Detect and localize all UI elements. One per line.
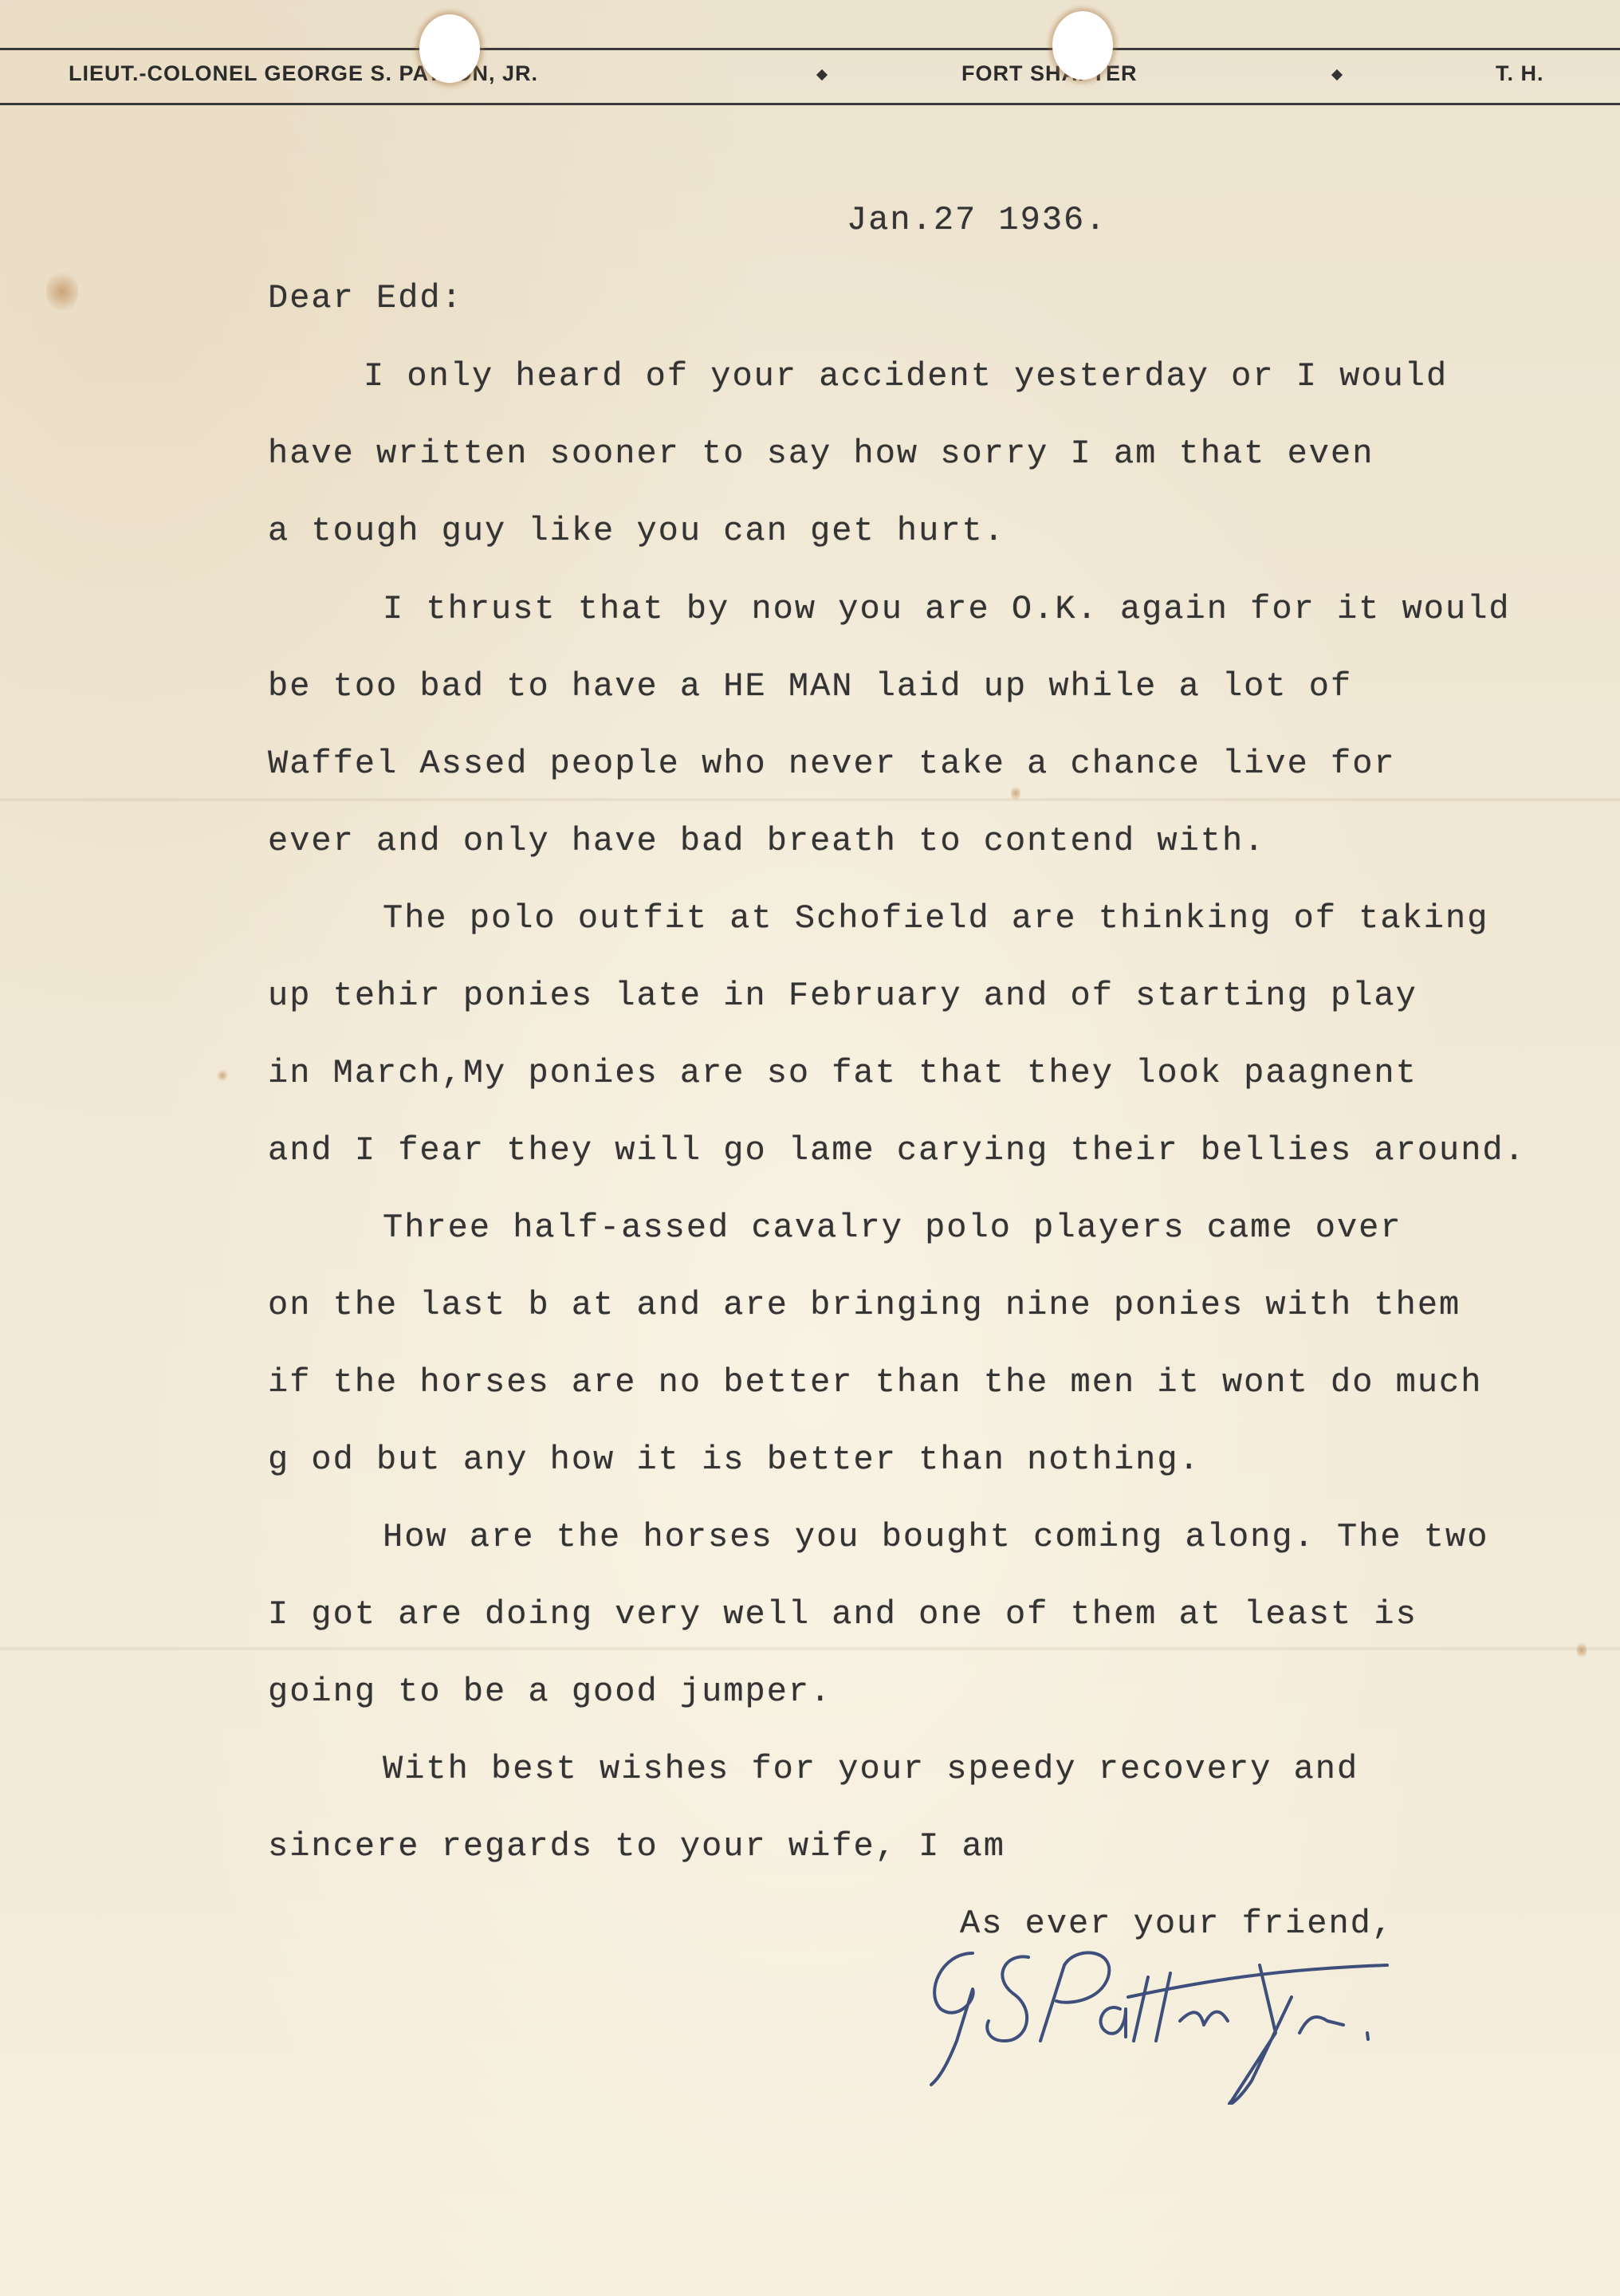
letter-line: have written sooner to say how sorry I a… — [268, 434, 1374, 473]
letter-salutation: Dear Edd: — [268, 279, 463, 317]
letter-line: ever and only have bad breath to contend… — [268, 822, 1265, 860]
diamond-bullet-icon — [1331, 69, 1343, 81]
letter-line: Three half-assed cavalry polo players ca… — [383, 1209, 1402, 1247]
diamond-bullet-icon — [816, 69, 828, 81]
letter-line: g od but any how it is better than nothi… — [268, 1441, 1201, 1479]
letter-line: if the horses are no better than the men… — [268, 1363, 1482, 1402]
letter-line: a tough guy like you can get hurt. — [268, 512, 1005, 550]
punch-hole — [1052, 11, 1113, 80]
letterhead: LIEUT.-COLONEL GEORGE S. PATTON, JR. FOR… — [0, 48, 1620, 105]
letter-line: The polo outfit at Schofield are thinkin… — [383, 899, 1488, 938]
letterhead-location: FORT SHAFTER — [961, 61, 1138, 86]
paper-stain — [217, 1070, 228, 1081]
letter-line: How are the horses you bought coming alo… — [383, 1518, 1488, 1556]
handwritten-signature — [917, 1921, 1459, 2105]
letter-line: With best wishes for your speedy recover… — [383, 1750, 1359, 1788]
paper-fold-line — [0, 797, 1620, 802]
punch-hole — [419, 14, 480, 83]
letter-date: Jan.27 1936. — [847, 201, 1107, 239]
letter-line: I thrust that by now you are O.K. again … — [383, 590, 1511, 628]
letter-line: and I fear they will go lame carying the… — [268, 1131, 1526, 1170]
letter-line: going to be a good jumper. — [268, 1673, 832, 1711]
letter-line: in March,My ponies are so fat that they … — [268, 1054, 1417, 1092]
paper-stain — [1011, 785, 1020, 801]
letter-line: on the last b at and are bringing nine p… — [268, 1286, 1461, 1324]
letterhead-territory: T. H. — [1496, 61, 1544, 86]
paper-stain — [46, 271, 78, 313]
letter-line: Waffel Assed people who never take a cha… — [268, 745, 1396, 783]
letter-line: sincere regards to your wife, I am — [268, 1827, 1005, 1866]
paper-stain — [1577, 1641, 1587, 1660]
letter-line: I only heard of your accident yesterday … — [364, 357, 1448, 395]
letter-line: be too bad to have a HE MAN laid up whil… — [268, 667, 1352, 706]
letter-line: I got are doing very well and one of the… — [268, 1595, 1417, 1634]
paper-fold-line — [0, 1646, 1620, 1651]
letter-line: up tehir ponies late in February and of … — [268, 977, 1417, 1015]
